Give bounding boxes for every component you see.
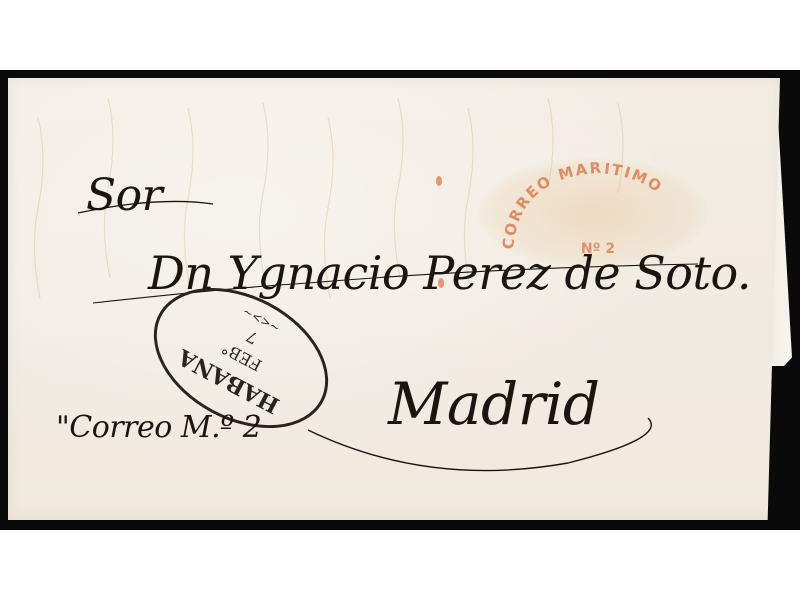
address-recipient: Dn Ygnacio Perez de Soto. bbox=[148, 246, 751, 300]
red-ink-speck bbox=[436, 176, 442, 186]
datestamp-ornament: ~<>~ bbox=[240, 304, 282, 335]
route-annotation: "Correo M.º 2 bbox=[56, 410, 261, 445]
datestamp-day: 7 bbox=[243, 326, 261, 348]
red-postmark-arc-text: CORREO MARITIMO bbox=[499, 159, 666, 251]
address-city: Madrid bbox=[388, 370, 600, 438]
svg-text:CORREO MARITIMO: CORREO MARITIMO bbox=[499, 159, 666, 251]
address-salutation: Sor bbox=[86, 170, 162, 221]
postal-cover: CORREO MARITIMO Nº 2 HABANA FEB° 7 ~<>~ … bbox=[8, 78, 780, 520]
